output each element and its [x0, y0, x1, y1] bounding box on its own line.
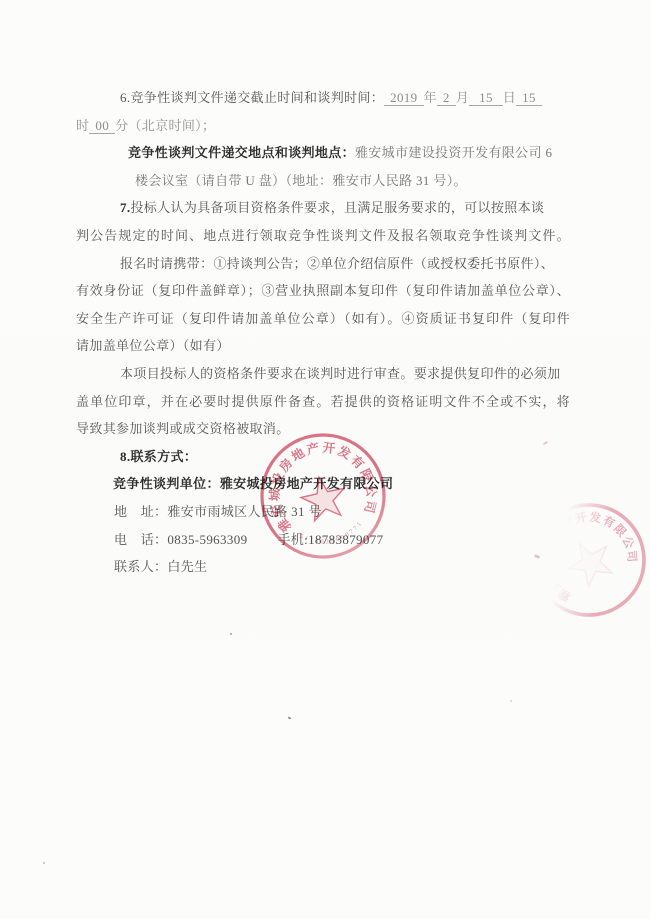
unit-label: 竞争性谈判单位：	[113, 476, 220, 491]
bring-line-3: 安全生产许可证（复印件请加盖单位公章）（如有）。④资质证书复印件（复印件	[76, 305, 570, 333]
document-body: 6.竞争性谈判文件递交截止时间和谈判时间：2019年2月15日15 时00分（北…	[76, 84, 570, 581]
contact-unit-line: 竞争性谈判单位：雅安城投房地产开发有限公司	[76, 470, 570, 498]
svg-text:司: 司	[624, 550, 639, 563]
deadline-day-value: 15	[469, 90, 503, 106]
contact-person-label: 联系人：	[114, 559, 167, 574]
place-value-2: 楼会议室（请自带 U 盘）（地址：雅安市人民路 31 号）。	[135, 173, 467, 188]
bring-text-2: 有效身份证（复印件盖鲜章）；③营业执照副本复印件（复印件请加盖单位公章）、	[76, 283, 570, 298]
place-line-1: 竞争性谈判文件递交地点和谈判地点：雅安城市建设投资开发有限公司 6	[76, 139, 570, 167]
contact-person-value: 白先生	[167, 559, 207, 574]
deadline-line-1: 6.竞争性谈判文件递交截止时间和谈判时间：2019年2月15日15	[76, 84, 570, 112]
deadline-year-value: 2019	[384, 90, 423, 106]
svg-text:公: 公	[619, 535, 636, 551]
scan-speck	[43, 862, 45, 864]
item7-line-1: 7.投标人认为具备项目资格条件要求，且满足服务要求的，可以按照本谈	[76, 194, 570, 222]
svg-text:限: 限	[611, 522, 629, 540]
svg-text:有: 有	[601, 513, 618, 531]
review-line-1: 本项目投标人的资格条件要求在谈判时进行审查。要求提供复印件的必须加	[76, 360, 570, 388]
item7-number: 7.	[120, 200, 130, 215]
contact-address-line: 地 址：雅安市雨城区人民路 31 号	[76, 498, 570, 526]
svg-text:开: 开	[574, 510, 588, 526]
bring-line-2: 有效身份证（复印件盖鲜章）；③营业执照副本复印件（复印件请加盖单位公章）、	[76, 277, 570, 305]
unit-value: 雅安城投房地产开发有限公司	[220, 476, 394, 491]
place-label: 竞争性谈判文件递交地点和谈判地点：	[128, 145, 355, 160]
deadline-label: 6.竞争性谈判文件递交截止时间和谈判时间：	[120, 90, 384, 105]
scan-speck	[510, 700, 512, 702]
review-text-2: 盖单位印章，并在必要时提供原件备查。若提供的资格证明文件不全或不实，将	[76, 394, 570, 409]
bring-line-1: 报名时请携带：①持谈判公告；②单位介绍信原件（或授权委托书原件）、	[76, 250, 570, 278]
scan-speck	[288, 716, 292, 719]
address-label: 地 址：	[114, 504, 167, 519]
contact-heading-line: 8.联系方式：	[76, 443, 570, 471]
item7-text-1: 投标人认为具备项目资格条件要求，且满足服务要求的，可以按照本谈	[130, 200, 544, 215]
bring-text-3: 安全生产许可证（复印件请加盖单位公章）（如有）。④资质证书复印件（复印件	[76, 311, 570, 326]
document-page: 6.竞争性谈判文件递交截止时间和谈判时间：2019年2月15日15 时00分（北…	[0, 0, 650, 919]
place-value-1: 雅安城市建设投资开发有限公司 6	[355, 145, 552, 160]
address-value: 雅安市雨城区人民路 31 号	[167, 504, 321, 519]
contact-person-line: 联系人：白先生	[76, 553, 570, 581]
item7-text-2: 判公告规定的时间、地点进行领取竞争性谈判文件及报名领取竞争性谈判文件。	[76, 228, 570, 243]
telephone-label: 电 话：	[114, 532, 167, 547]
bring-line-4: 请加盖单位公章）（如有）	[76, 332, 570, 360]
bring-text-1: 报名时请携带：①持谈判公告；②单位介绍信原件（或授权委托书原件）、	[120, 256, 554, 271]
svg-text:发: 发	[588, 510, 603, 526]
deadline-hour-value: 15	[516, 90, 542, 106]
review-line-3: 导致其参加谈判或成交资格被取消。	[76, 415, 570, 443]
review-text-3: 导致其参加谈判或成交资格被取消。	[76, 421, 290, 436]
contact-phone-line: 电 话：0835-5963309手机:18783879077	[76, 526, 570, 554]
deadline-month-unit: 月	[456, 90, 469, 105]
mobile-label: 手机:	[277, 532, 308, 547]
deadline-filled-values: 2019年2月15日15	[384, 90, 542, 106]
deadline-line-2: 时00分（北京时间）；	[76, 112, 570, 140]
deadline-month-value: 2	[437, 90, 456, 106]
item7-line-2: 判公告规定的时间、地点进行领取竞争性谈判文件及报名领取竞争性谈判文件。	[76, 222, 570, 250]
contact-heading: 8.联系方式：	[120, 449, 197, 464]
svg-text:雅: 雅	[555, 586, 573, 604]
deadline-day-unit: 日	[503, 90, 516, 105]
deadline-minute-value: 00	[89, 118, 115, 134]
review-text-1: 本项目投标人的资格条件要求在谈判时进行审查。要求提供复印件的必须加	[120, 366, 561, 381]
deadline-minute-suffix: 分（北京时间）；	[115, 118, 215, 133]
scan-speck	[230, 633, 232, 635]
place-line-2: 楼会议室（请自带 U 盘）（地址：雅安市人民路 31 号）。	[76, 167, 570, 195]
bring-text-4: 请加盖单位公章）（如有）	[76, 338, 230, 353]
deadline-hour-unit: 时	[76, 118, 89, 133]
review-line-2: 盖单位印章，并在必要时提供原件备查。若提供的资格证明文件不全或不实，将	[76, 388, 570, 416]
mobile-value: 18783879077	[308, 532, 383, 547]
deadline-year-unit: 年	[424, 90, 437, 105]
telephone-value: 0835-5963309	[167, 532, 247, 547]
